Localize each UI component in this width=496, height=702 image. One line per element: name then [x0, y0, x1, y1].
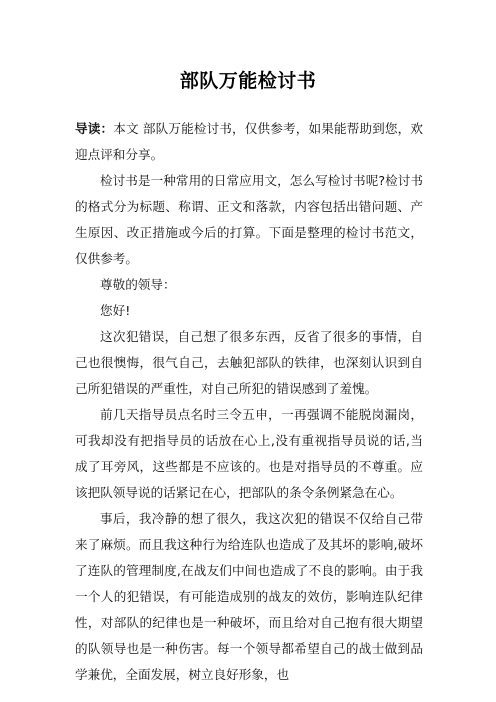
- lead-label: 导读：: [75, 121, 113, 136]
- lead-text: 本文 部队万能检讨书，仅供参考，如果能帮助到您，欢迎点评和分享。: [75, 121, 423, 162]
- lead-paragraph: 导读：本文 部队万能检讨书，仅供参考，如果能帮助到您，欢迎点评和分享。: [75, 116, 423, 168]
- paragraph-body-1: 这次犯错误，自己想了很多东西，反省了很多的事情，自己也很懊悔，很气自己，去触犯部…: [75, 324, 423, 402]
- document-title: 部队万能检讨书: [0, 66, 496, 93]
- paragraph-greeting: 您好!: [75, 298, 423, 324]
- paragraph-body-2: 前几天指导员点名时三令五申，一再强调不能脱岗漏岗，可我却没有把指导员的话放在心上…: [75, 402, 423, 506]
- paragraph-salutation: 尊敬的领导：: [75, 272, 423, 298]
- document-page: 部队万能检讨书 导读：本文 部队万能检讨书，仅供参考，如果能帮助到您，欢迎点评和…: [0, 0, 496, 702]
- document-body: 导读：本文 部队万能检讨书，仅供参考，如果能帮助到您，欢迎点评和分享。 检讨书是…: [75, 116, 423, 688]
- paragraph-body-3: 事后，我冷静的想了很久，我这次犯的错误不仅给自己带来了麻烦。而且我这种行为给连队…: [75, 506, 423, 688]
- paragraph-intro: 检讨书是一种常用的日常应用文，怎么写检讨书呢?检讨书的格式分为标题、称谓、正文和…: [75, 168, 423, 272]
